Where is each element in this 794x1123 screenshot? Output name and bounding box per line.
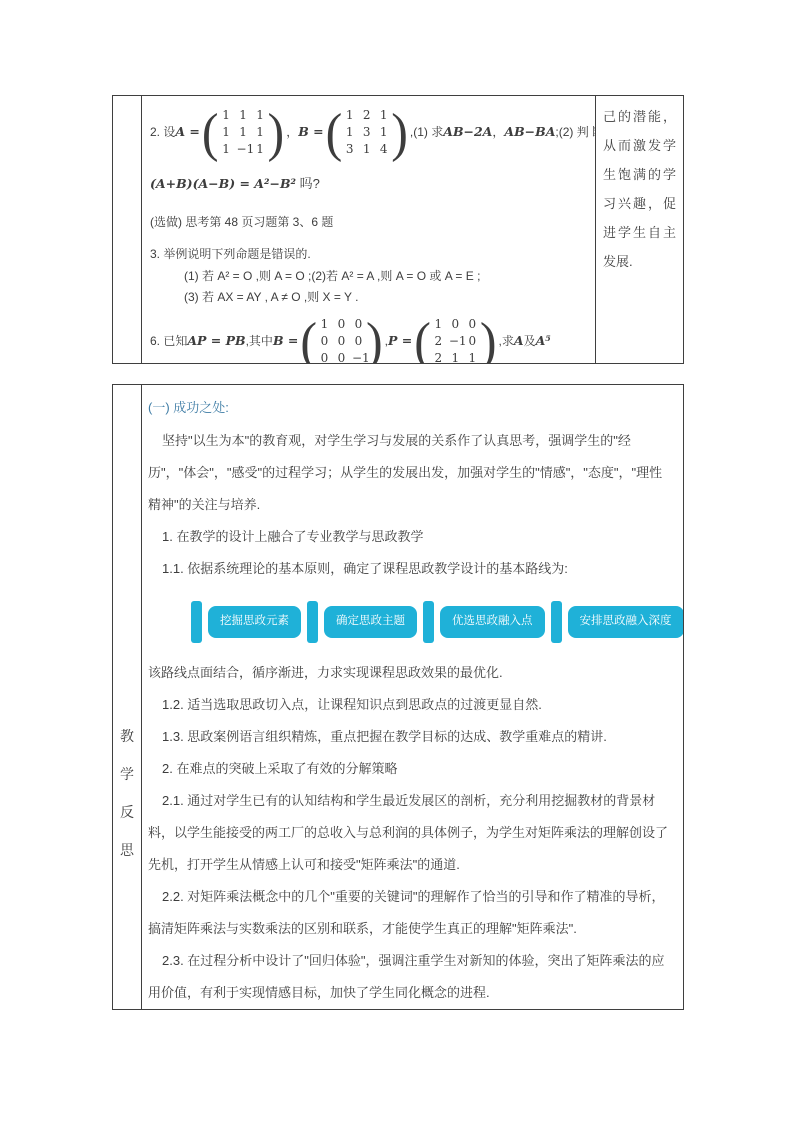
problem-2-prefix: 2. 设	[150, 122, 175, 142]
row-label-char: 反	[120, 805, 134, 819]
expr-sum-difference: (A+B)(A−B) = A²−B²	[150, 176, 296, 191]
flow-step-4: 安排思政融入深度	[568, 606, 684, 638]
optional-homework: (选做) 思考第 48 页习题第 3、6 题	[150, 212, 589, 232]
reflection-point-2-3: 2.3. 在过程分析中设计了"回归体验"，强调注重学生对新知的体验，突出了矩阵乘…	[148, 945, 675, 1009]
problem-6-mid: ,其中	[246, 331, 273, 351]
problem-2-line1: 2. 设 A = ( 1111111−11 ) ， B = ( 12113131…	[150, 102, 589, 162]
left-paren: (	[202, 105, 219, 159]
left-paren: (	[414, 314, 431, 363]
reflection-point-1-2: 1.2. 适当选取思政切入点，让课程知识点到思政点的过渡更显自然.	[148, 689, 675, 721]
exercises-table: 2. 设 A = ( 1111111−11 ) ， B = ( 12113131…	[112, 95, 684, 364]
flow-connector-bar	[191, 601, 202, 643]
reflection-point-2: 2. 在难点的突破上采取了有效的分解策略	[148, 753, 675, 785]
expr-ab-minus-2a: AB−2A	[443, 122, 492, 142]
problem-6-find: ,求	[499, 331, 514, 351]
row-label-char: 思	[120, 843, 134, 857]
reflection-diagram-caption: 该路线点面结合，循序渐进，力求实现课程思政效果的最优化.	[148, 657, 675, 689]
row-label-char: 教	[120, 729, 134, 743]
side-note-cell: 己的潜能，从而激发学生饱满的学习兴趣，促进学生自主发展.	[595, 96, 683, 363]
matrix-b2-label: B =	[273, 331, 298, 351]
reflection-point-1: 1. 在教学的设计上融合了专业教学与思政教学	[148, 521, 675, 553]
section-heading-success: (一) 成功之处:	[148, 393, 675, 423]
exercises-table-empty-label-cell	[113, 96, 141, 363]
matrix-p-grid: 1002−10211	[432, 316, 479, 364]
matrix-b2-grid: 10000000−1	[318, 316, 365, 364]
left-paren: (	[326, 105, 343, 159]
flow-step-2: 确定思政主题	[324, 606, 417, 638]
right-paren: )	[391, 105, 408, 159]
reflection-content-cell: (一) 成功之处: 坚持"以生为本"的教育观，对学生学习与发展的关系作了认真思考…	[141, 385, 683, 1009]
problem-6-line: 6. 已知 AP = PB ,其中 B = ( 10000000−1 ) , P…	[150, 312, 589, 363]
left-paren: (	[300, 314, 317, 363]
row-label-char: 学	[120, 767, 134, 781]
flow-connector-bar	[307, 601, 318, 643]
problem-3-title: 3. 举例说明下列命题是错误的.	[150, 244, 589, 264]
problem-2-q2: ;(2) 判 断	[555, 122, 595, 142]
problem-3-item-3: (3) 若 AX = AY , A ≠ O ,则 X = Y .	[184, 287, 589, 308]
side-note-text: 己的潜能，从而激发学生饱满的学习兴趣，促进学生自主发展.	[603, 109, 676, 269]
matrix-b2: ( 10000000−1 )	[300, 316, 382, 364]
matrix-a: ( 1111111−11 )	[202, 107, 284, 158]
problem-2-line2: (A+B)(A−B) = A²−B² 吗?	[150, 174, 589, 194]
problem-2-q1: ,(1) 求	[410, 122, 443, 142]
reflection-paragraph: 坚持"以生为本"的教育观，对学生学习与发展的关系作了认真思考，强调学生的"经历"…	[148, 425, 675, 521]
matrix-p: ( 1002−10211 )	[414, 316, 496, 364]
problem-6-and: 及	[524, 331, 536, 351]
reflection-point-1-1: 1.1. 依据系统理论的基本原则，确定了课程思政教学设计的基本路线为:	[148, 553, 675, 585]
flow-step-3: 优选思政融入点	[440, 606, 545, 638]
problem-3-item-1-2: (1) 若 A² = O ,则 A = O ;(2)若 A² = A ,则 A …	[184, 266, 589, 287]
right-paren: )	[480, 314, 497, 363]
problem-2-comma: ，	[286, 122, 298, 142]
reflection-point-2-2: 2.2. 对矩阵乘法概念中的几个"重要的关键词"的理解作了恰当的引导和作了精准的…	[148, 881, 675, 945]
right-paren: )	[366, 314, 383, 363]
flow-connector-bar	[423, 601, 434, 643]
problem-2-question-mark: 吗?	[296, 176, 320, 191]
reflection-table: 教 学 反 思 (一) 成功之处: 坚持"以生为本"的教育观，对学生学习与发展的…	[112, 384, 684, 1010]
problem-2-sep: ，	[492, 122, 504, 142]
ideology-process-diagram: 挖掘思政元素 确定思政主题 优选思政融入点 安排思政融入深度	[188, 589, 675, 655]
flow-step-1: 挖掘思政元素	[208, 606, 301, 638]
matrix-p-label: P =	[388, 331, 412, 351]
problem-6-prefix: 6. 已知	[150, 331, 187, 351]
matrix-a-label: A =	[175, 122, 200, 142]
exercises-cell: 2. 设 A = ( 1111111−11 ) ， B = ( 12113131…	[141, 96, 595, 363]
matrix-b-label: B =	[298, 122, 323, 142]
reflection-point-1-3: 1.3. 思政案例语言组织精炼，重点把握在教学目标的达成、教学重难点的精讲.	[148, 721, 675, 753]
matrix-b-grid: 121131314	[343, 107, 390, 158]
flow-connector-bar	[551, 601, 562, 643]
reflection-point-2-1: 2.1. 通过对学生已有的认知结构和学生最近发展区的剖析，充分利用挖掘教材的背景…	[148, 785, 675, 881]
expr-a: A	[514, 331, 524, 351]
expr-a-power-5: A⁵	[536, 331, 551, 351]
right-paren: )	[268, 105, 285, 159]
reflection-row-label: 教 学 反 思	[113, 385, 141, 1009]
expr-ab-minus-ba: AB−BA	[504, 122, 555, 142]
expr-ap-pb: AP = PB	[187, 331, 245, 351]
matrix-a-grid: 1111111−11	[220, 107, 267, 158]
matrix-b: ( 121131314 )	[326, 107, 408, 158]
